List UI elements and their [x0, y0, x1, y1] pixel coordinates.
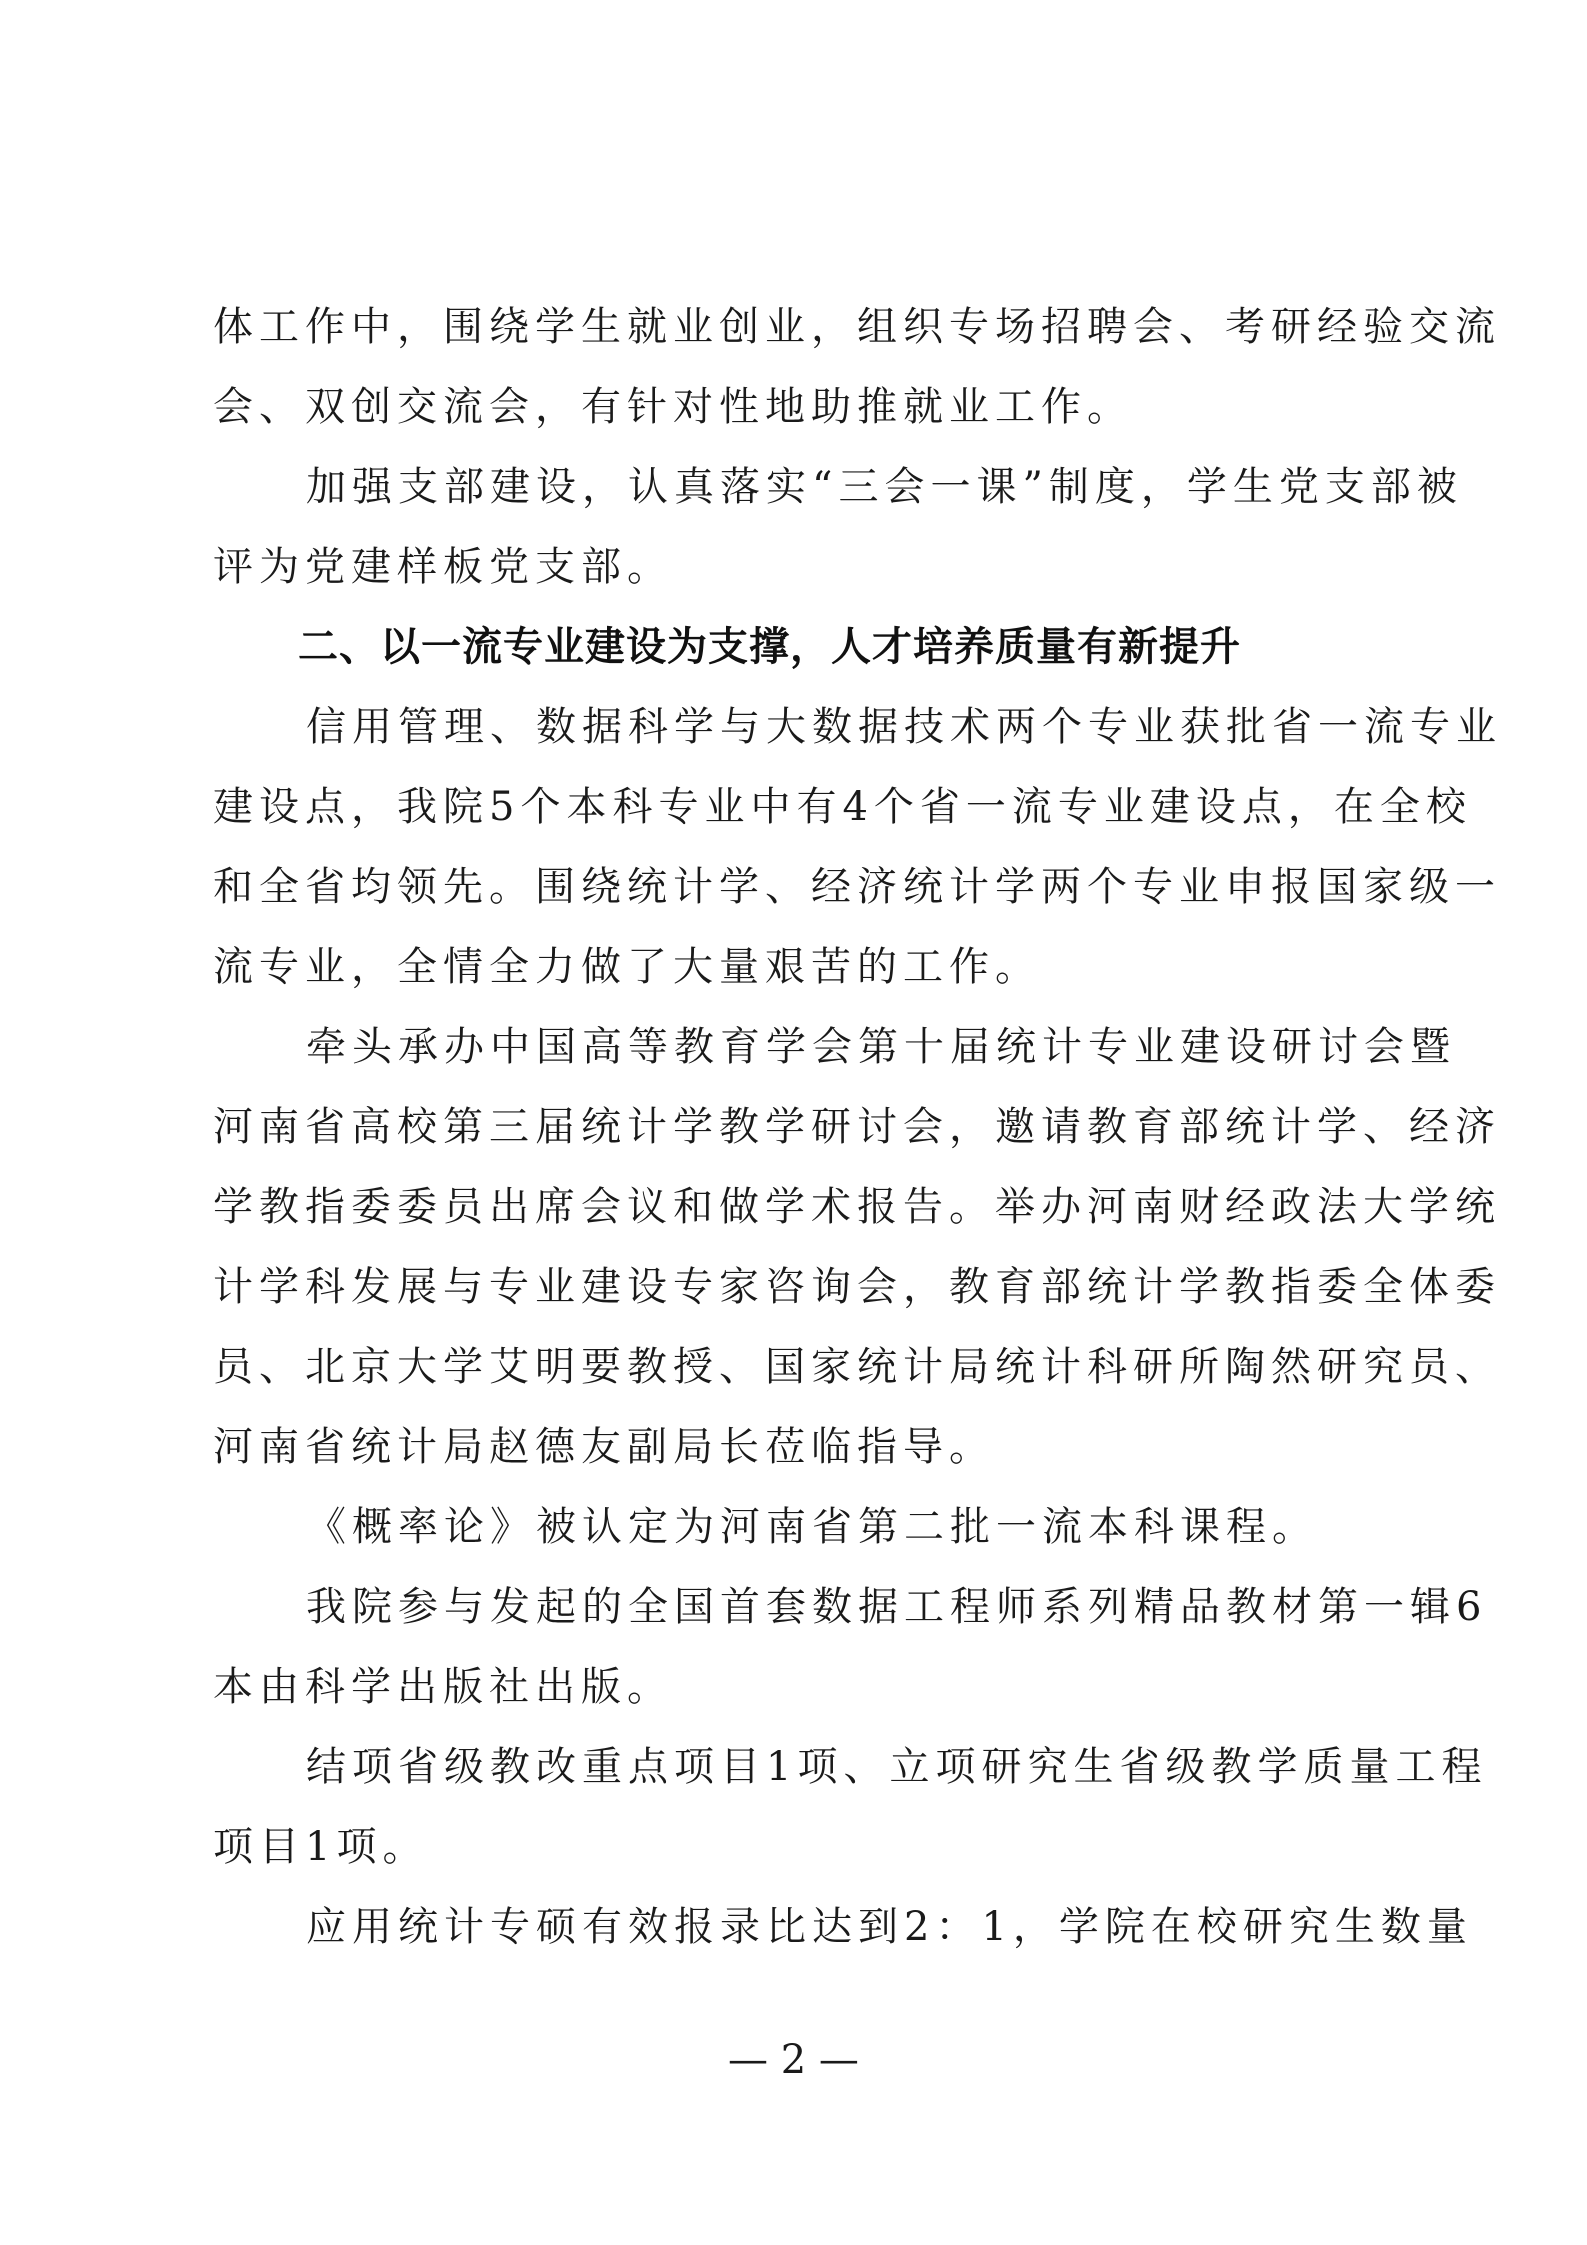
paragraph-line: 我院参与发起的全国首套数据工程师系列精品教材第一辑6 — [306, 1577, 1393, 1637]
paragraph-line: 评为党建样板党支部。 — [213, 537, 1393, 597]
page-number: — 2 — — [0, 2035, 1587, 2085]
paragraph-line: 河南省高校第三届统计学教学研讨会，邀请教育部统计学、经济 — [213, 1097, 1393, 1157]
paragraph-line: 计学科发展与专业建设专家咨询会，教育部统计学教指委全体委 — [213, 1257, 1393, 1317]
document-page: 体工作中，围绕学生就业创业，组织专场招聘会、考研经验交流 会、双创交流会，有针对… — [0, 0, 1587, 2245]
paragraph-line: 员、北京大学艾明要教授、国家统计局统计科研所陶然研究员、 — [213, 1337, 1393, 1397]
paragraph-line: 建设点，我院5个本科专业中有4个省一流专业建设点，在全校 — [213, 777, 1393, 837]
paragraph-line: 《概率论》被认定为河南省第二批一流本科课程。 — [306, 1497, 1393, 1557]
paragraph-line: 和全省均领先。围绕统计学、经济统计学两个专业申报国家级一 — [213, 857, 1393, 917]
paragraph-line: 本由科学出版社出版。 — [213, 1657, 1393, 1717]
paragraph-line: 应用统计专硕有效报录比达到2：1，学院在校研究生数量 — [306, 1897, 1393, 1957]
paragraph-line: 加强支部建设，认真落实“三会一课”制度，学生党支部被 — [306, 457, 1393, 517]
paragraph-line: 河南省统计局赵德友副局长莅临指导。 — [213, 1417, 1393, 1477]
paragraph-line: 流专业，全情全力做了大量艰苦的工作。 — [213, 937, 1393, 997]
paragraph-line: 结项省级教改重点项目1项、立项研究生省级教学质量工程 — [306, 1737, 1393, 1797]
paragraph-line: 项目1项。 — [213, 1817, 1393, 1877]
paragraph-line: 信用管理、数据科学与大数据技术两个专业获批省一流专业 — [306, 697, 1393, 757]
section-heading: 二、以一流专业建设为支撑，人才培养质量有新提升 — [298, 617, 1241, 677]
paragraph-line: 学教指委委员出席会议和做学术报告。举办河南财经政法大学统 — [213, 1177, 1393, 1237]
paragraph-line: 会、双创交流会，有针对性地助推就业工作。 — [213, 377, 1393, 437]
paragraph-line: 牵头承办中国高等教育学会第十届统计专业建设研讨会暨 — [306, 1017, 1393, 1077]
paragraph-line: 体工作中，围绕学生就业创业，组织专场招聘会、考研经验交流 — [213, 297, 1393, 357]
